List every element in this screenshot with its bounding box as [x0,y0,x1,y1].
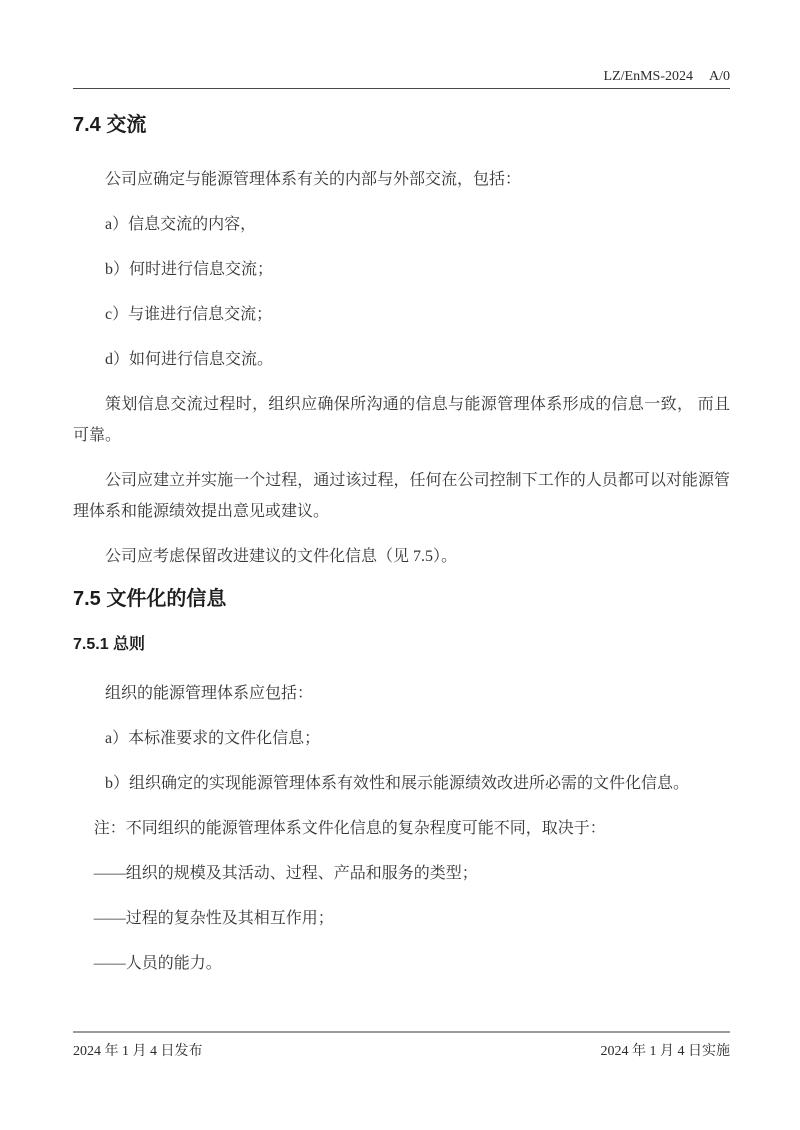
section-7-4-heading: 7.4 交流 [73,112,730,138]
section-7-4-intro: 公司应确定与能源管理体系有关的内部与外部交流，包括： [73,164,730,195]
dash-item: ——人员的能力。 [73,948,730,979]
note-paragraph: 注：不同组织的能源管理体系文件化信息的复杂程度可能不同，取决于： [73,813,730,844]
paragraph-consistency: 策划信息交流过程时，组织应确保所沟通的信息与能源管理体系形成的信息一致， 而且可… [73,389,730,451]
dash-item: ——组织的规模及其活动、过程、产品和服务的类型； [73,858,730,889]
list-item-a: a）本标准要求的文件化信息； [73,723,730,754]
doc-version: A/0 [709,69,730,85]
page-header: LZ/EnMS-2024 A/0 [73,0,730,89]
page-footer: 2024 年 1 月 4 日发布 2024 年 1 月 4 日实施 [73,1031,730,1060]
list-item-b: b）组织确定的实现能源管理体系有效性和展示能源绩效改进所必需的文件化信息。 [73,768,730,799]
list-item-d: d）如何进行信息交流。 [73,344,730,375]
section-7-5-intro: 组织的能源管理体系应包括： [73,678,730,709]
paragraph-process: 公司应建立并实施一个过程，通过该过程，任何在公司控制下工作的人员都可以对能源管理… [73,465,730,527]
release-date: 2024 年 1 月 4 日发布 [73,1040,203,1060]
section-7-5-heading: 7.5 文件化的信息 [73,586,730,612]
doc-code: LZ/EnMS-2024 [604,69,693,85]
list-item-b: b）何时进行信息交流； [73,254,730,285]
document-page: LZ/EnMS-2024 A/0 7.4 交流 公司应确定与能源管理体系有关的内… [0,0,800,1130]
dash-item: ——过程的复杂性及其相互作用； [73,903,730,934]
list-item-a: a）信息交流的内容， [73,209,730,240]
paragraph-retain: 公司应考虑保留改进建议的文件化信息（见 7.5）。 [73,541,730,572]
list-item-c: c）与谁进行信息交流； [73,299,730,330]
implementation-date: 2024 年 1 月 4 日实施 [601,1040,731,1060]
section-7-5-1-heading: 7.5.1 总则 [73,634,730,656]
